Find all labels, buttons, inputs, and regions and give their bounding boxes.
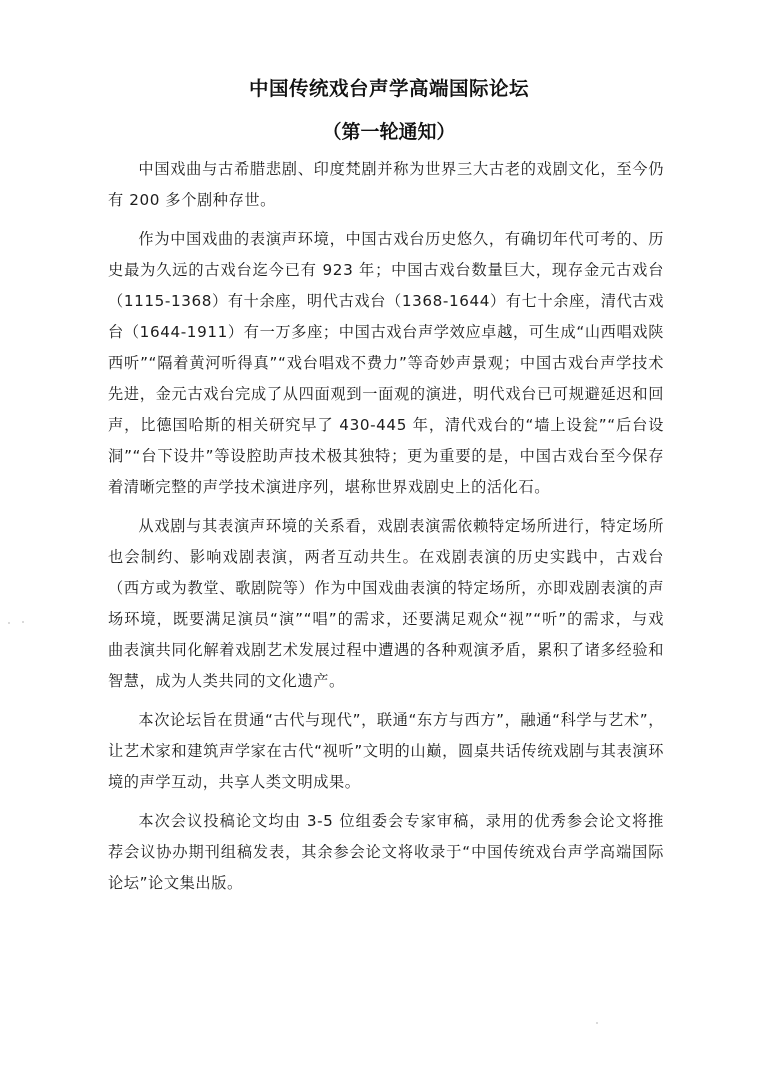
paragraph-performance-environment: 从戏剧与其表演声环境的关系看，戏剧表演需依赖特定场所进行，特定场所也会制约、影响… (108, 511, 664, 697)
scan-speck (22, 621, 24, 623)
paragraph-ancient-stages: 作为中国戏曲的表演声环境，中国古戏台历史悠久，有确切年代可考的、历史最为久远的古… (108, 224, 664, 503)
document-body: 中国戏曲与古希腊悲剧、印度梵剧并称为世界三大古老的戏剧文化，至今仍有 200 多… (108, 154, 664, 907)
paragraph-paper-review: 本次会议投稿论文均由 3-5 位组委会专家审稿，录用的优秀参会论文将推荐会议协办… (108, 806, 664, 899)
document-title: 中国传统戏台声学高端国际论坛 (0, 74, 778, 104)
paragraph-intro: 中国戏曲与古希腊悲剧、印度梵剧并称为世界三大古老的戏剧文化，至今仍有 200 多… (108, 154, 664, 216)
scan-speck (596, 1022, 598, 1024)
paragraph-forum-purpose: 本次论坛旨在贯通“古代与现代”，联通“东方与西方”，融通“科学与艺术”，让艺术家… (108, 705, 664, 798)
document-page: 中国传统戏台声学高端国际论坛 （第一轮通知） 中国戏曲与古希腊悲剧、印度梵剧并称… (0, 0, 778, 1069)
document-subtitle: （第一轮通知） (0, 117, 778, 147)
scan-speck (8, 622, 10, 624)
